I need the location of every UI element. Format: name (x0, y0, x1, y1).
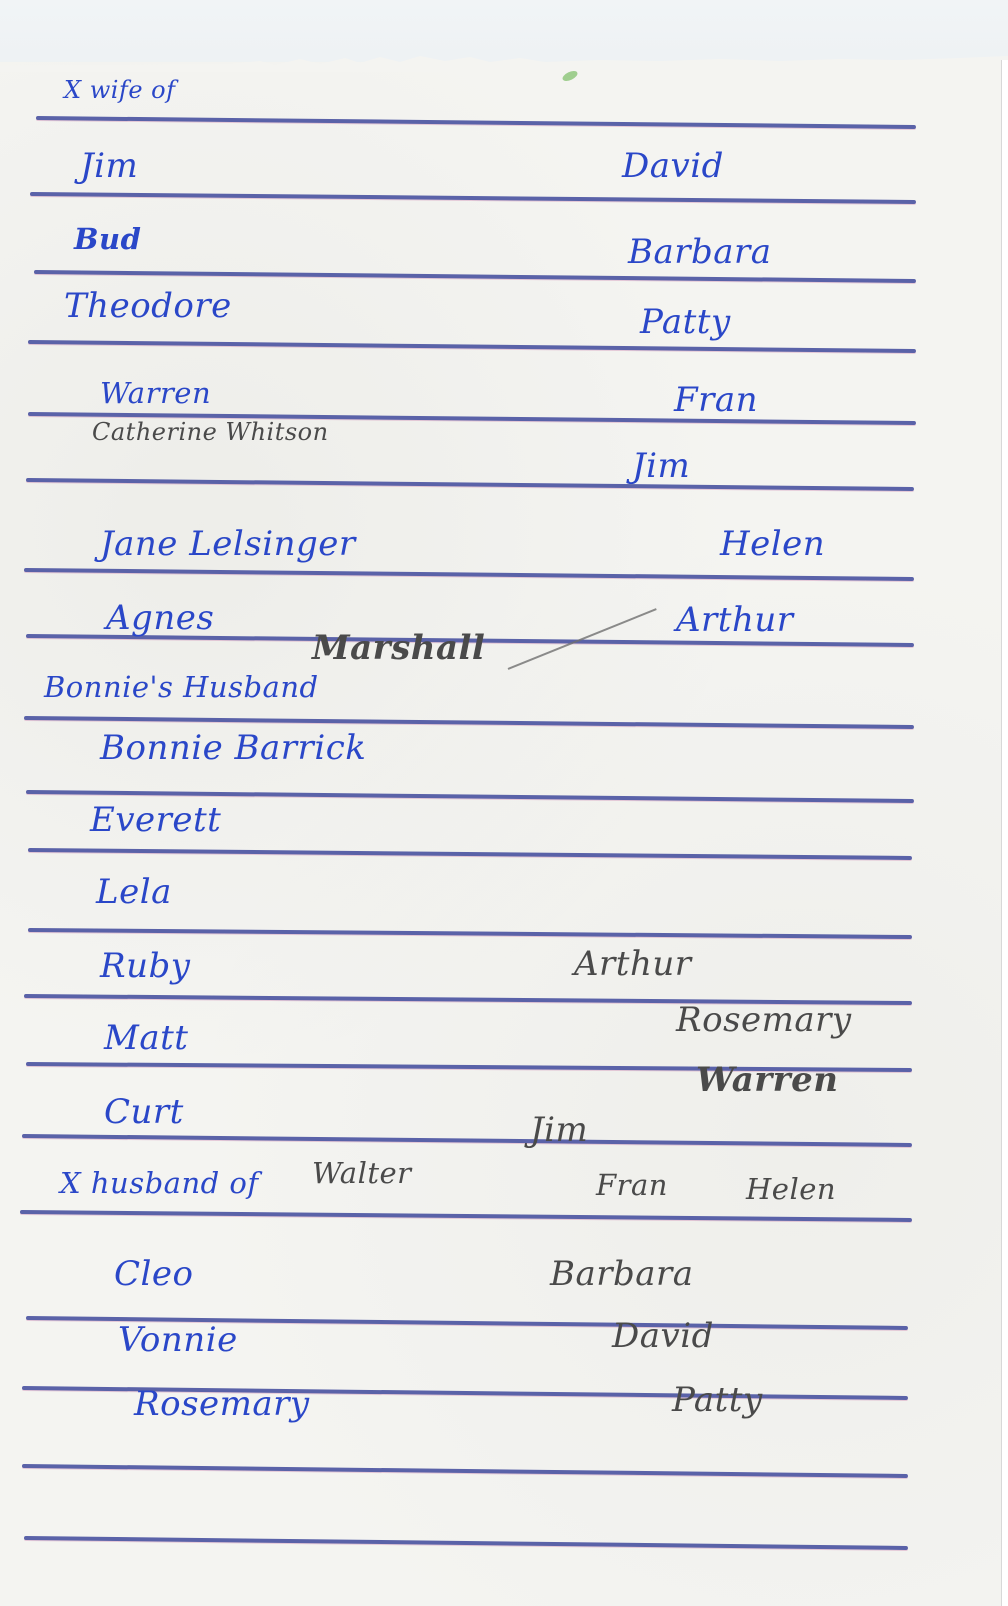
entry-x-husband-of: X husband of (60, 1166, 259, 1200)
entry-jane-lelsinger: Jane Lelsinger (100, 524, 356, 564)
entry-jim: Jim (80, 146, 138, 186)
entry-x-wife-of: X wife of (64, 76, 175, 104)
entry-warren: Warren (100, 376, 211, 410)
entry-warren-pencil: Warren (696, 1060, 838, 1100)
entry-matt: Matt (104, 1018, 188, 1058)
entry-ruby: Ruby (100, 946, 190, 986)
entry-cleo: Cleo (114, 1254, 193, 1294)
entry-bud: Bud (74, 222, 141, 256)
entry-barbara-pencil: Barbara (550, 1254, 694, 1294)
entry-catherine-whitson: Catherine Whitson (92, 418, 329, 446)
entry-rosemary: Rosemary (134, 1384, 310, 1424)
entry-walter: Walter (312, 1156, 412, 1190)
entry-barbara: Barbara (628, 232, 772, 272)
entry-helen: Helen (720, 524, 825, 564)
entry-jim-right: Jim (632, 446, 690, 486)
entry-rosemary-pencil: Rosemary (676, 1000, 852, 1040)
entry-marshall: Marshall (312, 628, 485, 668)
entry-arthur: Arthur (676, 600, 794, 640)
entry-patty-pencil: Patty (672, 1380, 763, 1420)
entry-fran-pencil: Fran (596, 1168, 668, 1202)
entry-curt: Curt (104, 1092, 184, 1132)
entry-patty: Patty (640, 302, 731, 342)
entry-jim-pencil: Jim (530, 1110, 588, 1150)
entry-fran: Fran (674, 380, 758, 420)
entry-bonnie-barrick: Bonnie Barrick (100, 728, 366, 768)
entry-arthur-pencil: Arthur (574, 944, 692, 984)
entry-lela: Lela (96, 872, 172, 912)
entry-david: David (622, 146, 724, 186)
entry-helen-pencil: Helen (746, 1172, 836, 1206)
paper-right-edge (1001, 60, 1008, 1606)
entry-bonnies-husband: Bonnie's Husband (44, 670, 319, 704)
entry-theodore: Theodore (64, 286, 232, 326)
entry-vonnie: Vonnie (118, 1320, 238, 1360)
entry-agnes: Agnes (106, 598, 214, 638)
entry-david-pencil: David (612, 1316, 714, 1356)
entry-everett: Everett (90, 800, 221, 840)
torn-paper-edge (0, 52, 1008, 72)
